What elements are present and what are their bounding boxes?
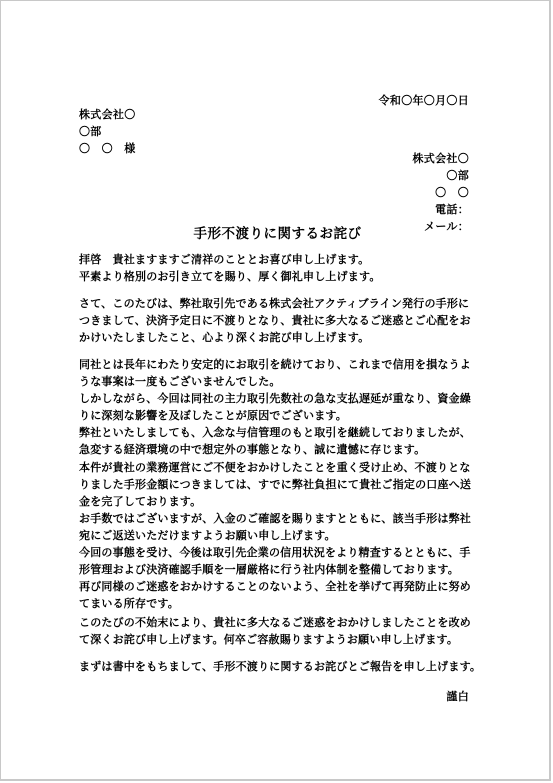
text-line: 本件が貴社の業務運営にご不便をおかけしたことを重く受け止め、不渡りとな [79,459,479,476]
text-line: うな事案は一度もございませんでした。 [79,373,479,390]
paragraph-2: 同社とは長年にわたり安定的にお取引を続けており、これまで信用を損なうよ うな事案… [79,356,479,458]
paragraph-5: このたびの不始末により、貴社に多大なるご迷惑をおかけしましたことを改め て深くお… [79,614,479,648]
greeting-paragraph: 拝啓 貴社ますますご清祥のこととお喜び申し上げます。 平素より格別のお引き立てを… [79,251,479,285]
sender-name: 〇 〇 [435,185,469,201]
text-line: てまいる所存です。 [79,595,479,612]
text-line: 同社とは長年にわたり安定的にお取引を続けており、これまで信用を損なうよ [79,356,479,373]
sender-company: 株式会社〇 [413,151,470,167]
text-line: 再び同様のご迷惑をおかけすることのないよう、全社を挙げて再発防止に努め [79,578,479,595]
paragraph-4: 今回の事態を受け、今後は取引先企業の信用状況をより精査するとともに、手 形管理お… [79,544,479,612]
recipient-department: 〇部 [79,124,102,140]
text-line: 今回の事態を受け、今後は取引先企業の信用状況をより精査するとともに、手 [79,544,479,561]
text-line: 拝啓 貴社ますますご清祥のこととお喜び申し上げます。 [79,251,479,268]
recipient-company: 株式会社〇 [79,107,136,123]
document-date: 令和〇年〇月〇日 [379,93,469,109]
recipient-name: 〇 〇 様 [79,141,136,157]
text-line: 形管理および決済確認手順を一層厳格に行う社内体制を整備しております。 [79,561,479,578]
text-line: かけいたしましたこと、心より深くお詫び申し上げます。 [79,329,479,346]
text-line: りました手形金額につきましては、すでに弊社負担にて貴社ご指定の口座へ送 [79,476,479,493]
text-line: 宛にご返送いただけますようお願い申し上げます。 [79,527,479,544]
document-title: 手形不渡りに関するお詫び [1,222,553,242]
text-line: 平素より格別のお引き立てを賜り、厚く御礼申し上げます。 [79,268,479,285]
text-line: このたびの不始末により、貴社に多大なるご迷惑をおかけしましたことを改め [79,614,479,631]
sender-phone-label: 電話： [435,202,469,218]
text-line: しかしながら、今回は同社の主力取引先数社の急な支払遅延が重なり、資金繰 [79,390,479,407]
closing-remark: 謹白 [446,689,469,705]
document-page: 令和〇年〇月〇日 株式会社〇 〇部 〇 〇 様 株式会社〇 〇部 〇 〇 電話：… [0,0,551,781]
text-line: 弊社といたしましても、入念な与信管理のもと取引を継続しておりましたが、 [79,424,479,441]
text-line: りに深刻な影響を及ぼしたことが原因でございます。 [79,407,479,424]
sender-department: 〇部 [446,168,469,184]
paragraph-6: まずは書中をもちまして、手形不渡りに関するお詫びとご報告を申し上げます。 [79,658,479,675]
text-line: さて、このたびは、弊社取引先である株式会社アクティブライン発行の手形に [79,295,479,312]
text-line: まずは書中をもちまして、手形不渡りに関するお詫びとご報告を申し上げます。 [79,658,479,675]
text-line: つきまして、決済予定日に不渡りとなり、貴社に多大なるご迷惑とご心配をお [79,312,479,329]
text-line: 急変する経済環境の中で想定外の事態となり、誠に遺憾に存じます。 [79,441,479,458]
text-line: 金を完了しております。 [79,493,479,510]
paragraph-3: 本件が貴社の業務運営にご不便をおかけしたことを重く受け止め、不渡りとな りました… [79,459,479,544]
text-line: お手数ではございますが、入金のご確認を賜りますとともに、該当手形は弊社 [79,510,479,527]
text-line: て深くお詫び申し上げます。何卒ご容赦賜りますようお願い申し上げます。 [79,631,479,648]
paragraph-1: さて、このたびは、弊社取引先である株式会社アクティブライン発行の手形に つきまし… [79,295,479,346]
